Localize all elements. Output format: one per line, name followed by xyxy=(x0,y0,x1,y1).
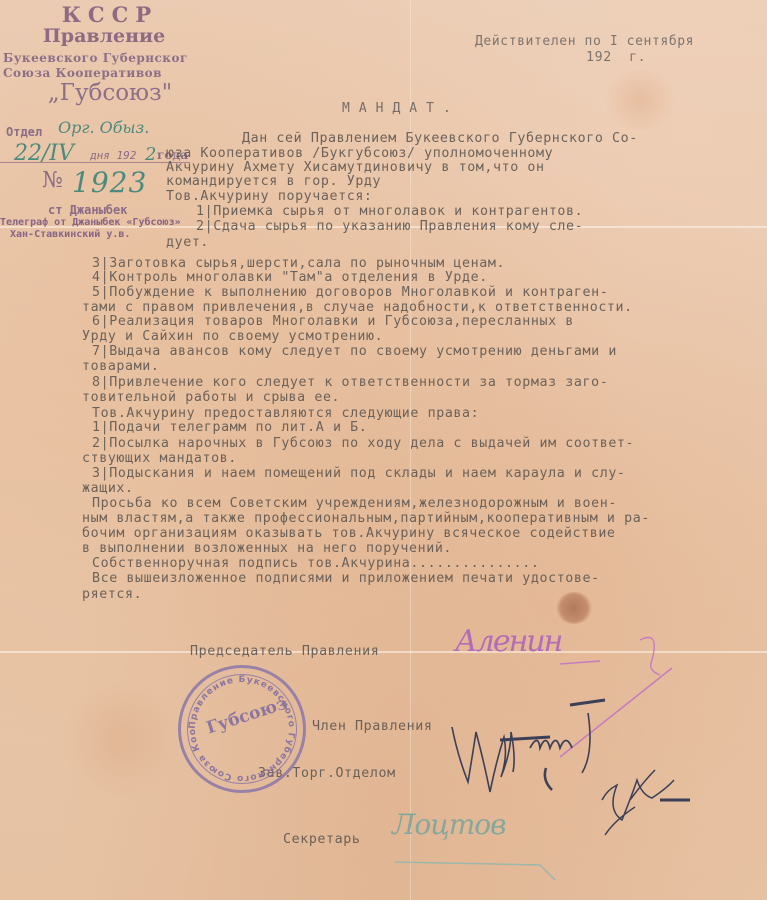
body-line: товарами. xyxy=(82,360,159,373)
scanned-document: КССР Правление Букеевского Губернског Со… xyxy=(0,0,767,900)
body-line: в выполнении возложенных на него поручен… xyxy=(82,542,452,555)
stamp-date-printed: дня 192 xyxy=(90,149,136,162)
body-line: 8|Привлечение кого следует к ответственн… xyxy=(92,376,608,389)
body-line: командируется в гор. Урду xyxy=(166,175,381,188)
body-line: жащих. xyxy=(82,482,134,495)
validity-line: Действителен по I сентября xyxy=(475,35,694,48)
member-label: Член Правления xyxy=(312,720,432,733)
body-line: юза Кооперативов /Букгубсоюз/ уполномоче… xyxy=(166,147,553,160)
validity-year: 192 г. xyxy=(586,51,646,64)
body-line: 2|Посылка нарочных в Губсоюз по ходу дел… xyxy=(92,437,634,450)
water-stain xyxy=(60,680,180,800)
body-line: Собственноручная подпись тов.Акчурина...… xyxy=(92,557,539,570)
body-line: товительной работы и срыва ее. xyxy=(82,391,340,404)
body-line: 1|Приемка сырья от многолавок и контраге… xyxy=(196,205,583,218)
body-line: Просьба ко всем Советским учреждениям,же… xyxy=(92,497,617,510)
paper-fold xyxy=(0,651,767,653)
round-seal: Правление Букеевского Губернского Союза … xyxy=(178,665,306,793)
body-line: 4|Контроль многолавки "Там"а отделения в… xyxy=(92,271,488,284)
body-line: 3|Подыскания и наем помещений под склады… xyxy=(92,467,626,480)
stamp-number-sign: № xyxy=(42,168,63,193)
stamp-station: ст Джаныбек xyxy=(48,203,127,217)
seal-ring-text: Правление Букеевского Губернского Союза … xyxy=(181,668,303,790)
stamp-address-2: Хан-Ставкинский у.в. xyxy=(10,229,130,240)
ink-stain xyxy=(556,592,592,624)
stamp-board: Правление xyxy=(8,27,200,46)
stamp-guberniya: Букеевского Губернског xyxy=(0,52,200,64)
stamp-dept-handwritten: Орг. Обыз. xyxy=(58,118,149,137)
body-line: Дан сей Правлением Букеевского Губернско… xyxy=(242,132,638,145)
body-line: Урду и Сайхин по своему усмотрению. xyxy=(82,330,383,343)
seal-center-text: Губсоюз xyxy=(204,694,290,739)
body-line: дует. xyxy=(166,236,209,249)
body-line: Все вышеизложенное подписями и приложени… xyxy=(92,572,600,585)
body-line: 6|Реализация товаров Многолавки и Губсою… xyxy=(92,315,574,328)
body-line: Тов.Акчурину предоставляются следующие п… xyxy=(92,407,479,420)
stamp-dept-label: Отдел xyxy=(6,125,42,139)
body-line: Акчурину Ахмету Хисамутдиновичу в том,чт… xyxy=(166,161,545,174)
body-line: 5|Побуждение к выполнению договоров Мног… xyxy=(92,286,608,299)
body-line: тами с правом привлечения,в случае надоб… xyxy=(82,301,633,314)
secretary-label: Секретарь xyxy=(283,833,360,846)
stamp-address-1: Телеграф от Джаныбек «Губсоюз» xyxy=(0,217,181,228)
body-line: 1|Подачи телеграмм по лит.А и Б. xyxy=(92,421,367,434)
stamp-number-handwritten: 1923 xyxy=(72,166,147,199)
stamp-union: Союза Кооперативов xyxy=(0,67,200,79)
body-line: 3|Заготовка сырья,шерсти,сала по рыночны… xyxy=(92,257,505,270)
body-line: Тов.Акчурину поручается: xyxy=(166,190,373,203)
body-line: ным властям,а также профессиональным,пар… xyxy=(82,512,650,525)
body-line: 7|Выдача авансов кому следует по своему … xyxy=(92,345,617,358)
svg-text:Правление Букеевского Губернск: Правление Букеевского Губернского Союза … xyxy=(181,668,296,783)
body-line: ряется. xyxy=(82,588,142,601)
stamp-gubsoyuz: „Губсоюз" xyxy=(20,82,200,105)
chairman-label: Председатель Правления xyxy=(190,645,379,658)
stamp-rule xyxy=(0,162,190,163)
document-title: МАНДАТ. xyxy=(342,102,460,115)
body-line: бочим организациям оказывать тов.Акчурин… xyxy=(82,527,616,540)
corner-stamp: КССР Правление Букеевского Губернског Со… xyxy=(0,4,200,105)
water-stain xyxy=(600,70,680,130)
secretary-signature: Лоцтов xyxy=(392,808,505,841)
body-line: ствующих мандатов. xyxy=(82,452,237,465)
stamp-ussr: КССР xyxy=(20,4,200,25)
body-line: 2|Сдача сырья по указанию Правления кому… xyxy=(196,220,583,233)
chairman-signature: Аленин xyxy=(455,624,561,659)
